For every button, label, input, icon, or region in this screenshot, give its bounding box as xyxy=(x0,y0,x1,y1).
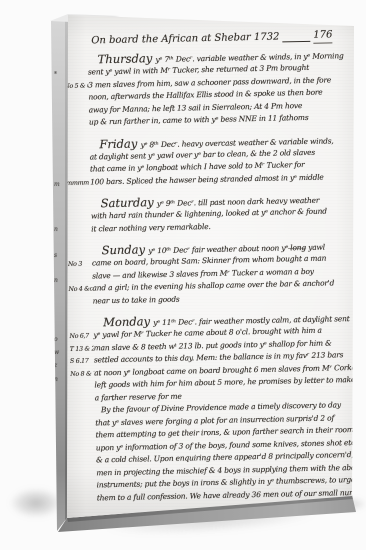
edge-ink-mark: z xyxy=(54,363,66,369)
journal-entries: Thursday yᵉ 7ᵗʰ Decʳ. variable weather &… xyxy=(62,47,355,505)
day-name: Friday xyxy=(99,136,137,151)
day-name: Saturday xyxy=(101,195,154,210)
edge-ink-mark: o xyxy=(54,337,66,343)
underline-flourish xyxy=(282,32,310,43)
journal-header: On board the African at Shebar 1732 176 xyxy=(61,28,345,49)
edge-ink-mark: * xyxy=(54,72,66,78)
edge-ink-mark: m xyxy=(54,182,66,188)
line-text: up & run farther in, came to with yᵉ bes… xyxy=(89,113,309,127)
manuscript-page: On board the African at Shebar 1732 176 … xyxy=(66,14,356,520)
journal-entry: Monday yᵉ 11ᵗʰ Decʳ. fair weather mostly… xyxy=(67,310,355,505)
line-text: near us to take in goods xyxy=(93,294,180,305)
journal-content: On board the African at Shebar 1732 176 … xyxy=(61,8,362,520)
line-text: it clear nothing very remarkable. xyxy=(91,221,211,232)
product-photo: *mnsnowzn On board the African at Shebar… xyxy=(0,0,366,550)
margin-note: No 3 xyxy=(68,260,92,268)
margin-note: No 8 & 78 xyxy=(70,370,94,378)
edge-ink-mark: n xyxy=(54,227,66,233)
journal-title: On board the African at Shebar 1732 xyxy=(91,29,279,48)
line-text: a farther reserve for me xyxy=(95,391,182,402)
journal-entry: Thursday yᵉ 7ᵗʰ Decʳ. variable weather &… xyxy=(62,47,348,129)
edge-ink-mark: n xyxy=(54,377,66,383)
day-name: Sunday xyxy=(102,242,146,257)
edge-ink-mark: n xyxy=(54,278,66,284)
edge-ink-mark: s xyxy=(54,253,66,259)
day-name: Monday xyxy=(103,314,150,329)
journal-entry: Saturday yᵉ 9ᵗʰ Decʳ. till past noon dar… xyxy=(65,191,350,236)
day-name: Thursday xyxy=(98,51,153,66)
edge-ink-mark: w xyxy=(54,350,66,356)
canvas-left-edge: *mnsnowzn xyxy=(50,14,69,534)
margin-note: No 4 &c xyxy=(68,285,92,293)
margin-note: mmmm xyxy=(66,179,90,187)
margin-note: T 13 & 20 xyxy=(70,345,94,353)
margin-note: No 6,7 xyxy=(69,332,93,340)
journal-entry: Friday yᵉ 8ᵗʰ Decʳ. heavy overcast weath… xyxy=(63,132,348,189)
margin-note: S 6.17 xyxy=(70,357,94,365)
page-number: 176 xyxy=(313,27,332,43)
journal-entry: Sunday yᵉ 10ᵗʰ Decʳ fair weather about n… xyxy=(66,238,351,308)
